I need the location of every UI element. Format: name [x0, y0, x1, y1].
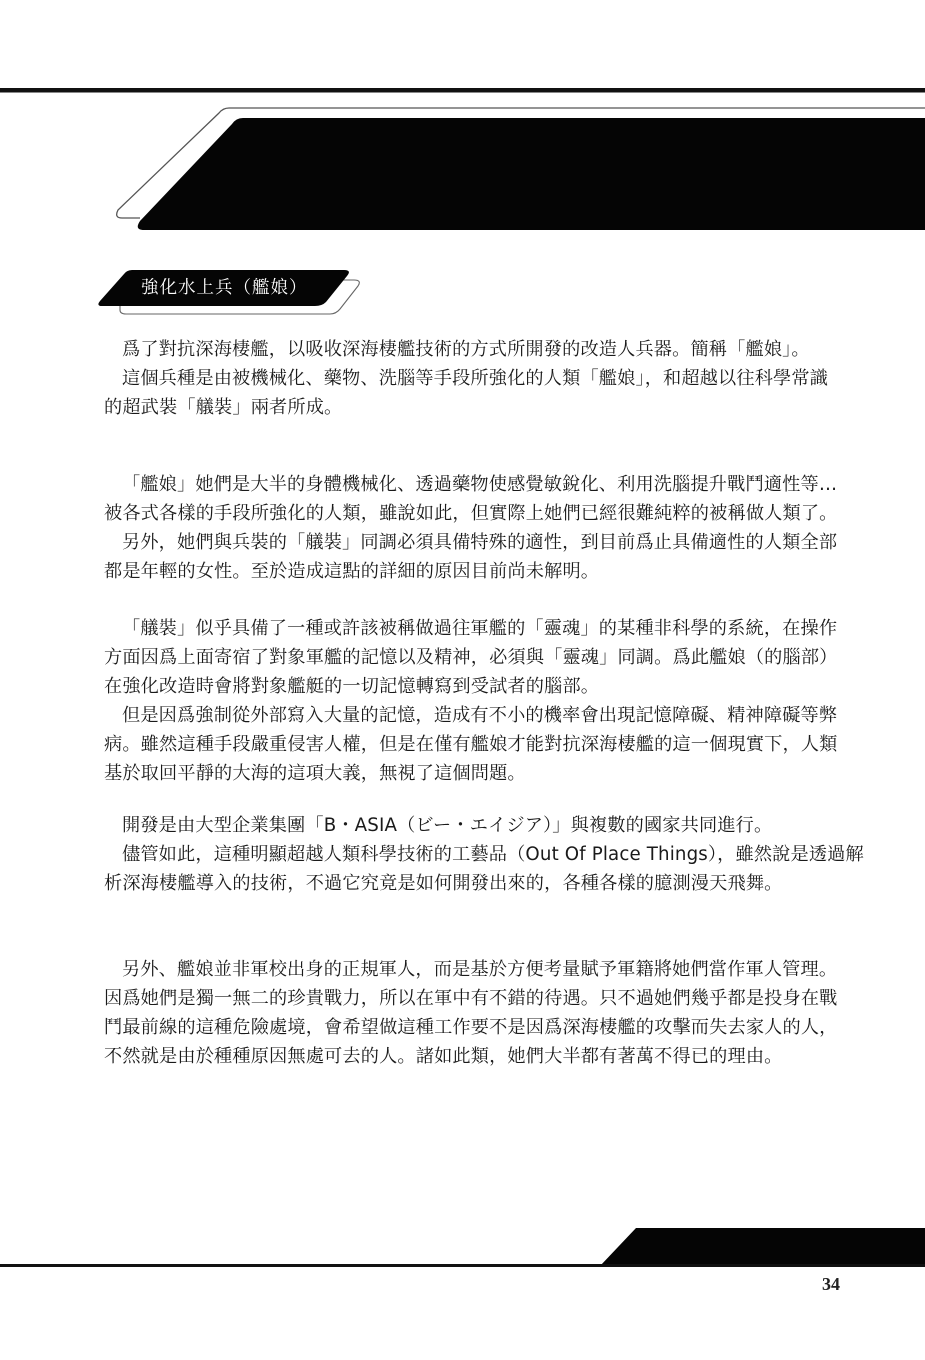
paragraph-2: 「艦娘」她們是大半的身體機械化、透過藥物使感覺敏銳化、利用洗腦提升戰鬥適性等… … [104, 470, 864, 586]
paragraph-3: 「艤裝」似乎具備了一種或許該被稱做過往軍艦的「靈魂」的某種非科學的系統，在操作 … [104, 614, 864, 701]
text-line: 不然就是由於種種原因無處可去的人。諸如此類，她們大半都有著萬不得已的理由。 [104, 1042, 864, 1071]
text-line: 基於取回平靜的大海的這項大義，無視了這個問題。 [104, 759, 864, 788]
text-line: 這個兵種是由被機械化、藥物、洗腦等手段所強化的人類「艦娘」，和超越以往科學常識 [104, 364, 864, 393]
text-line: 被各式各樣的手段所強化的人類，雖說如此，但實際上她們已經很難純粹的被稱做人類了。 [104, 499, 864, 528]
header-banner [138, 118, 925, 230]
text-line: 析深海棲艦導入的技術，不過它究竟是如何開發出來的，各種各樣的臆測漫天飛舞。 [104, 869, 864, 898]
paragraph-5: 開發是由大型企業集團「B・ASIA（ビー・エイジア）」與複數的國家共同進行。 儘… [104, 811, 864, 898]
section-title: 強化水上兵（艦娘） [141, 273, 308, 303]
text-line: 都是年輕的女性。至於造成這點的詳細的原因目前尚未解明。 [104, 557, 864, 586]
text-line: 另外，她們與兵裝的「艤裝」同調必須具備特殊的適性，到目前爲止具備適性的人類全部 [104, 528, 864, 557]
paragraph-1: 爲了對抗深海棲艦，以吸收深海棲艦技術的方式所開發的改造人兵器。簡稱「艦娘」。 這… [104, 335, 864, 422]
text-line: 另外、艦娘並非軍校出身的正規軍人，而是基於方便考量賦予軍籍將她們當作軍人管理。 [104, 955, 864, 984]
text-line: 方面因爲上面寄宿了對象軍艦的記憶以及精神，必須與「靈魂」同調。爲此艦娘（的腦部） [104, 643, 864, 672]
text-line: 「艤裝」似乎具備了一種或許該被稱做過往軍艦的「靈魂」的某種非科學的系統，在操作 [104, 614, 864, 643]
top-rule [0, 88, 925, 93]
text-line: 鬥最前線的這種危險處境，會希望做這種工作要不是因爲深海棲艦的攻擊而失去家人的人， [104, 1013, 864, 1042]
text-line: 開發是由大型企業集團「B・ASIA（ビー・エイジア）」與複數的國家共同進行。 [104, 811, 864, 840]
footer-banner [600, 1228, 925, 1266]
paragraph-4: 但是因爲強制從外部寫入大量的記憶，造成有不小的機率會出現記憶障礙、精神障礙等弊 … [104, 701, 864, 788]
text-line: 的超武裝「艤裝」兩者所成。 [104, 393, 864, 422]
text-line: 在強化改造時會將對象艦艇的一切記憶轉寫到受試者的腦部。 [104, 672, 864, 701]
text-line: 「艦娘」她們是大半的身體機械化、透過藥物使感覺敏銳化、利用洗腦提升戰鬥適性等… [104, 470, 864, 499]
text-line: 儘管如此，這種明顯超越人類科學技術的工藝品（Out Of Place Thing… [104, 840, 864, 869]
text-line: 因爲她們是獨一無二的珍貴戰力，所以在軍中有不錯的待遇。只不過她們幾乎都是投身在戰 [104, 984, 864, 1013]
text-line: 但是因爲強制從外部寫入大量的記憶，造成有不小的機率會出現記憶障礙、精神障礙等弊 [104, 701, 864, 730]
page-number: 34 [822, 1274, 840, 1295]
text-line: 爲了對抗深海棲艦，以吸收深海棲艦技術的方式所開發的改造人兵器。簡稱「艦娘」。 [104, 335, 864, 364]
paragraph-6: 另外、艦娘並非軍校出身的正規軍人，而是基於方便考量賦予軍籍將她們當作軍人管理。 … [104, 955, 864, 1071]
text-line: 病。雖然這種手段嚴重侵害人權，但是在僅有艦娘才能對抗深海棲艦的這一個現實下，人類 [104, 730, 864, 759]
footer-rule [0, 1264, 925, 1267]
